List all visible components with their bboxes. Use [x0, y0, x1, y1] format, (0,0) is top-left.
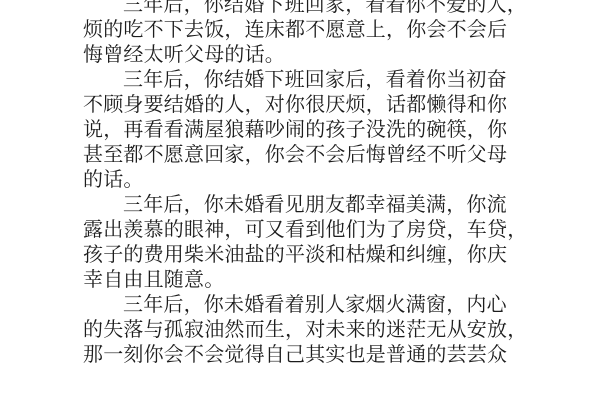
text-line: 不顾身要结婚的人，对你很厌烦，话都懒得和你: [83, 92, 509, 117]
text-line: 三年后，你未婚看见朋友都幸福美满，你流: [83, 192, 509, 217]
text-line: 的话。: [83, 167, 509, 192]
text-line: 那一刻你会不会觉得自己其实也是普通的芸芸众: [83, 342, 509, 367]
text-line: 说，再看看满屋狼藉吵闹的孩子没洗的碗筷，你: [83, 117, 509, 142]
text-line: 三年后，你结婚下班回家后，看着你当初奋: [83, 67, 509, 92]
text-line: 三年后，你结婚下班回家，看着你不爱的人，: [83, 0, 509, 17]
text-line: 悔曾经太听父母的话。: [83, 42, 509, 67]
text-line: 甚至都不愿意回家，你会不会后悔曾经不听父母: [83, 142, 509, 167]
document-page: 三年后，你结婚下班回家，看着你不爱的人， 烦的吃不下去饭，连床都不愿意上，你会不…: [0, 0, 600, 400]
text-line: 幸自由且随意。: [83, 267, 509, 292]
text-line: 露出羡慕的眼神，可又看到他们为了房贷，车贷，: [83, 217, 509, 242]
text-line: 烦的吃不下去饭，连床都不愿意上，你会不会后: [83, 17, 509, 42]
text-line: 孩子的费用柴米油盐的平淡和枯燥和纠缠，你庆: [83, 242, 509, 267]
article-text: 三年后，你结婚下班回家，看着你不爱的人， 烦的吃不下去饭，连床都不愿意上，你会不…: [83, 0, 509, 367]
text-line: 的失落与孤寂油然而生，对未来的迷茫无从安放，: [83, 317, 509, 342]
text-line: 三年后，你未婚看着别人家烟火满窗，内心: [83, 292, 509, 317]
